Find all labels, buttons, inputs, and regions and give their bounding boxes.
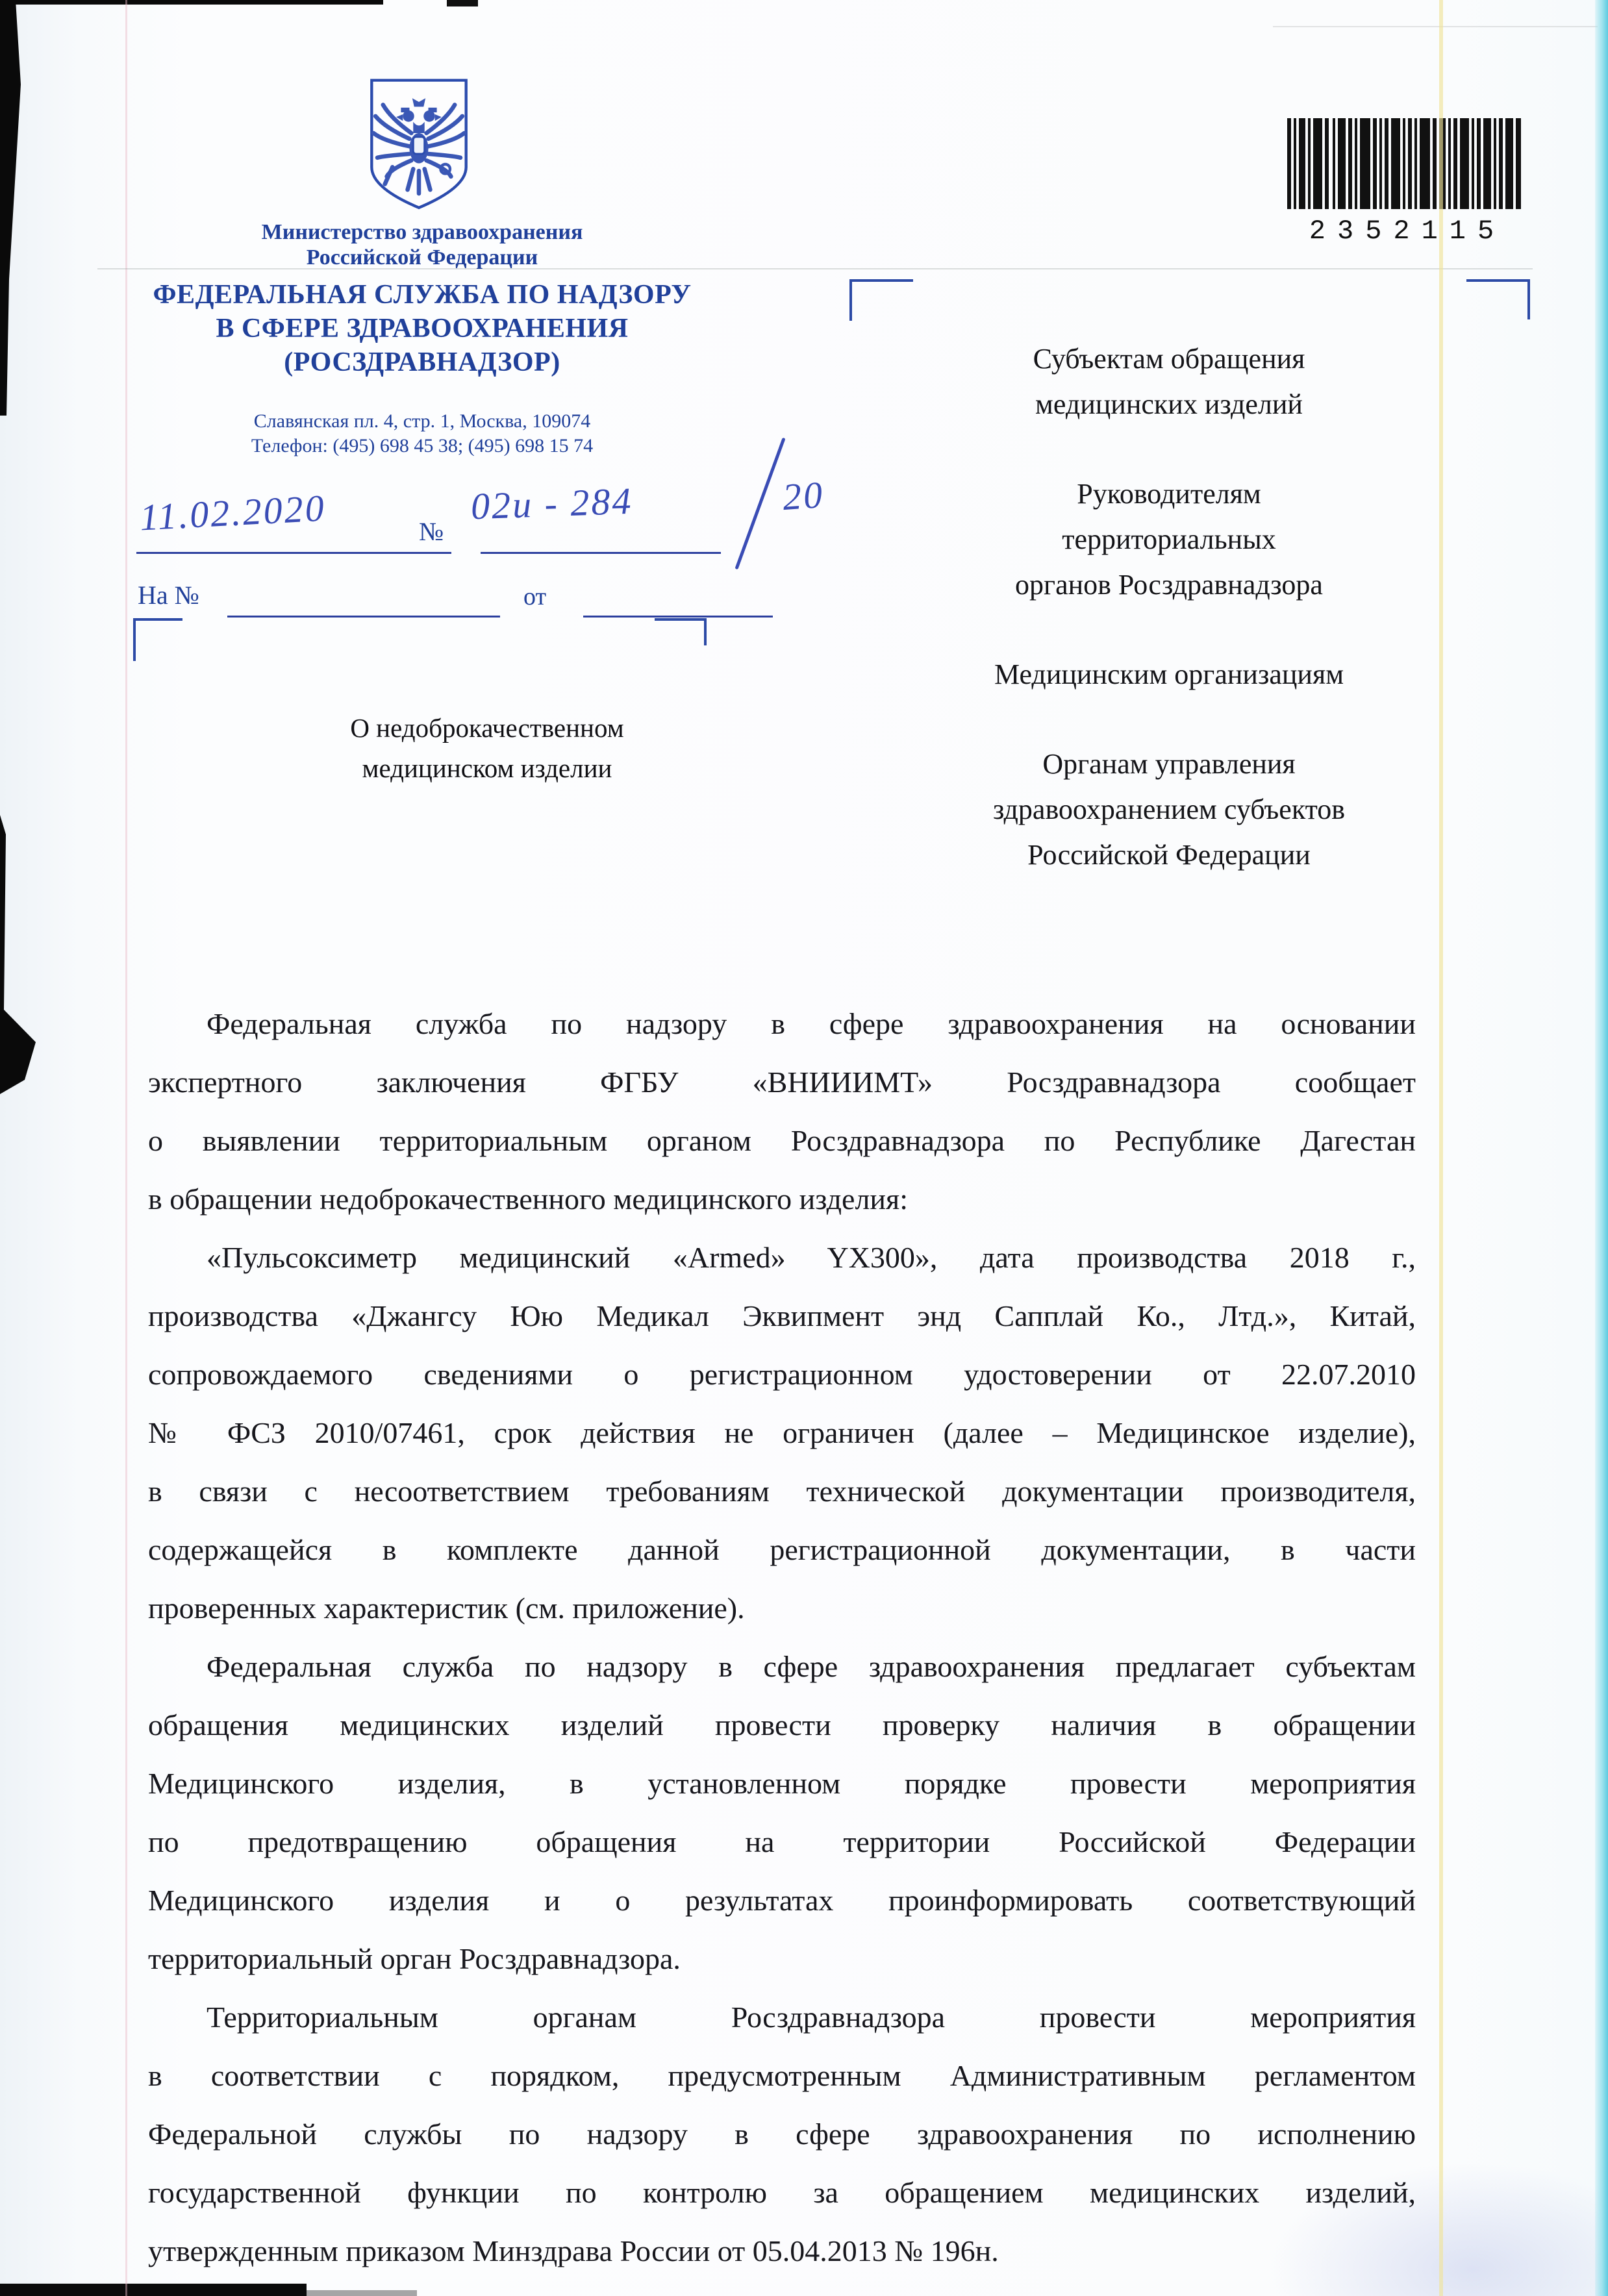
body-line: о выявлении территориальным органом Росз… <box>148 1112 1416 1170</box>
body-line: проверенных характеристик (см. приложени… <box>148 1579 1416 1638</box>
scan-edge-artifact <box>447 0 478 6</box>
scan-edge-artifact <box>0 2284 307 2296</box>
barcode-number: 2352115 <box>1287 216 1527 247</box>
letter-body: Федеральная служба по надзору в сфере зд… <box>148 995 1416 2280</box>
agency-line: В СФЕРЕ ЗДРАВООХРАНЕНИЯ <box>91 312 753 345</box>
addressee-line: территориальных <box>857 517 1481 562</box>
addressee-line: здравоохранением субъектов <box>857 787 1481 832</box>
addressee-group: Органам управления здравоохранением субъ… <box>857 742 1481 878</box>
addressee-line: Органам управления <box>857 742 1481 787</box>
body-line: № ФСЗ 2010/07461, срок действия не огран… <box>148 1404 1416 1462</box>
subject-line: медицинском изделии <box>253 748 721 788</box>
body-line: Медицинского изделия и о результатах про… <box>148 1871 1416 1930</box>
handwritten-number-suffix: 20 <box>781 473 826 519</box>
addressee-group: Субъектам обращения медицинских изделий <box>857 336 1481 427</box>
addressee-line: Руководителям <box>857 471 1481 517</box>
corner-mark <box>1466 279 1530 319</box>
scanned-letter-page: Министерство здравоохранения Российской … <box>0 0 1608 2296</box>
agency-phone: Телефон: (495) 698 45 38; (495) 698 15 7… <box>117 434 727 458</box>
scan-edge-artifact <box>0 0 22 416</box>
handwritten-outgoing-number: 02и - 284 <box>470 479 634 529</box>
body-line: Федеральная служба по надзору в сфере зд… <box>148 995 1416 1053</box>
agency-line: ФЕДЕРАЛЬНАЯ СЛУЖБА ПО НАДЗОРУ <box>91 278 753 312</box>
body-line: Территориальным органам Росздравнадзора … <box>148 1988 1416 2047</box>
letter-subject: О недоброкачественном медицинском издели… <box>253 708 721 788</box>
body-line: содержащейся в комплекте данной регистра… <box>148 1521 1416 1579</box>
corner-mark <box>849 279 913 321</box>
body-line: территориальный орган Росздравнадзора. <box>148 1930 1416 1988</box>
agency-address: Славянская пл. 4, стр. 1, Москва, 109074 <box>117 409 727 434</box>
addressee-group: Медицинским организациям <box>857 652 1481 697</box>
body-line: Медицинского изделия, в установленном по… <box>148 1754 1416 1813</box>
body-line: Федеральной службы по надзору в сфере зд… <box>148 2105 1416 2164</box>
coat-of-arms-icon <box>361 73 477 214</box>
number-underline <box>481 552 721 554</box>
reply-date-underline <box>583 616 773 618</box>
body-line: утвержденным приказом Минздрава России о… <box>148 2222 1416 2280</box>
body-line: обращения медицинских изделий провести п… <box>148 1696 1416 1754</box>
reply-from-label: от <box>523 582 546 611</box>
agency-name: ФЕДЕРАЛЬНАЯ СЛУЖБА ПО НАДЗОРУ В СФЕРЕ ЗД… <box>91 278 753 379</box>
corner-mark <box>655 618 707 645</box>
ministry-name: Министерство здравоохранения Российской … <box>117 219 727 270</box>
registration-barcode: 2352115 <box>1287 118 1527 247</box>
ministry-line: Министерство здравоохранения <box>117 219 727 245</box>
body-line: «Пульсоксиметр медицинский «Armed» YX300… <box>148 1229 1416 1287</box>
handwritten-slash <box>735 438 785 570</box>
body-line: в связи с несоответствием требованиям те… <box>148 1462 1416 1521</box>
handwritten-date: 11.02.2020 <box>138 486 327 540</box>
subject-line: О недоброкачественном <box>253 708 721 748</box>
body-line: экспертного заключения ФГБУ «ВНИИИМТ» Ро… <box>148 1053 1416 1112</box>
body-line: в обращении недоброкачественного медицин… <box>148 1170 1416 1229</box>
body-line: производства «Джангсу Юю Медикал Эквипме… <box>148 1287 1416 1345</box>
ministry-line: Российской Федерации <box>117 245 727 270</box>
addressee-block: Субъектам обращения медицинских изделий … <box>857 336 1481 922</box>
addressee-line: органов Росздравнадзора <box>857 562 1481 608</box>
corner-mark <box>133 618 182 661</box>
addressee-line: Медицинским организациям <box>857 652 1481 697</box>
scan-line-artifact <box>1439 0 1443 2296</box>
reply-to-number-label: На № <box>138 580 199 610</box>
addressee-line: Субъектам обращения <box>857 336 1481 382</box>
body-line: государственной функции по контролю за о… <box>148 2164 1416 2222</box>
scan-edge-artifact <box>0 0 383 5</box>
barcode-bars <box>1287 118 1527 214</box>
addressee-group: Руководителям территориальных органов Ро… <box>857 471 1481 608</box>
scan-edge-artifact <box>1595 0 1608 2296</box>
number-sign-label: № <box>419 516 444 547</box>
body-line: в соответствии с порядком, предусмотренн… <box>148 2047 1416 2105</box>
body-line: по предотвращению обращения на территори… <box>148 1813 1416 1871</box>
scan-edge-artifact <box>0 815 39 1101</box>
body-line: Федеральная служба по надзору в сфере зд… <box>148 1638 1416 1696</box>
date-underline <box>136 552 451 554</box>
fold-crease <box>1273 26 1598 27</box>
agency-line: (РОСЗДРАВНАДЗОР) <box>91 345 753 379</box>
agency-contacts: Славянская пл. 4, стр. 1, Москва, 109074… <box>117 409 727 458</box>
body-line: сопровождаемого сведениями о регистрацио… <box>148 1345 1416 1404</box>
scan-edge-artifact <box>307 2290 417 2296</box>
addressee-line: медицинских изделий <box>857 382 1481 427</box>
reply-number-underline <box>227 616 500 618</box>
addressee-line: Российской Федерации <box>857 832 1481 878</box>
